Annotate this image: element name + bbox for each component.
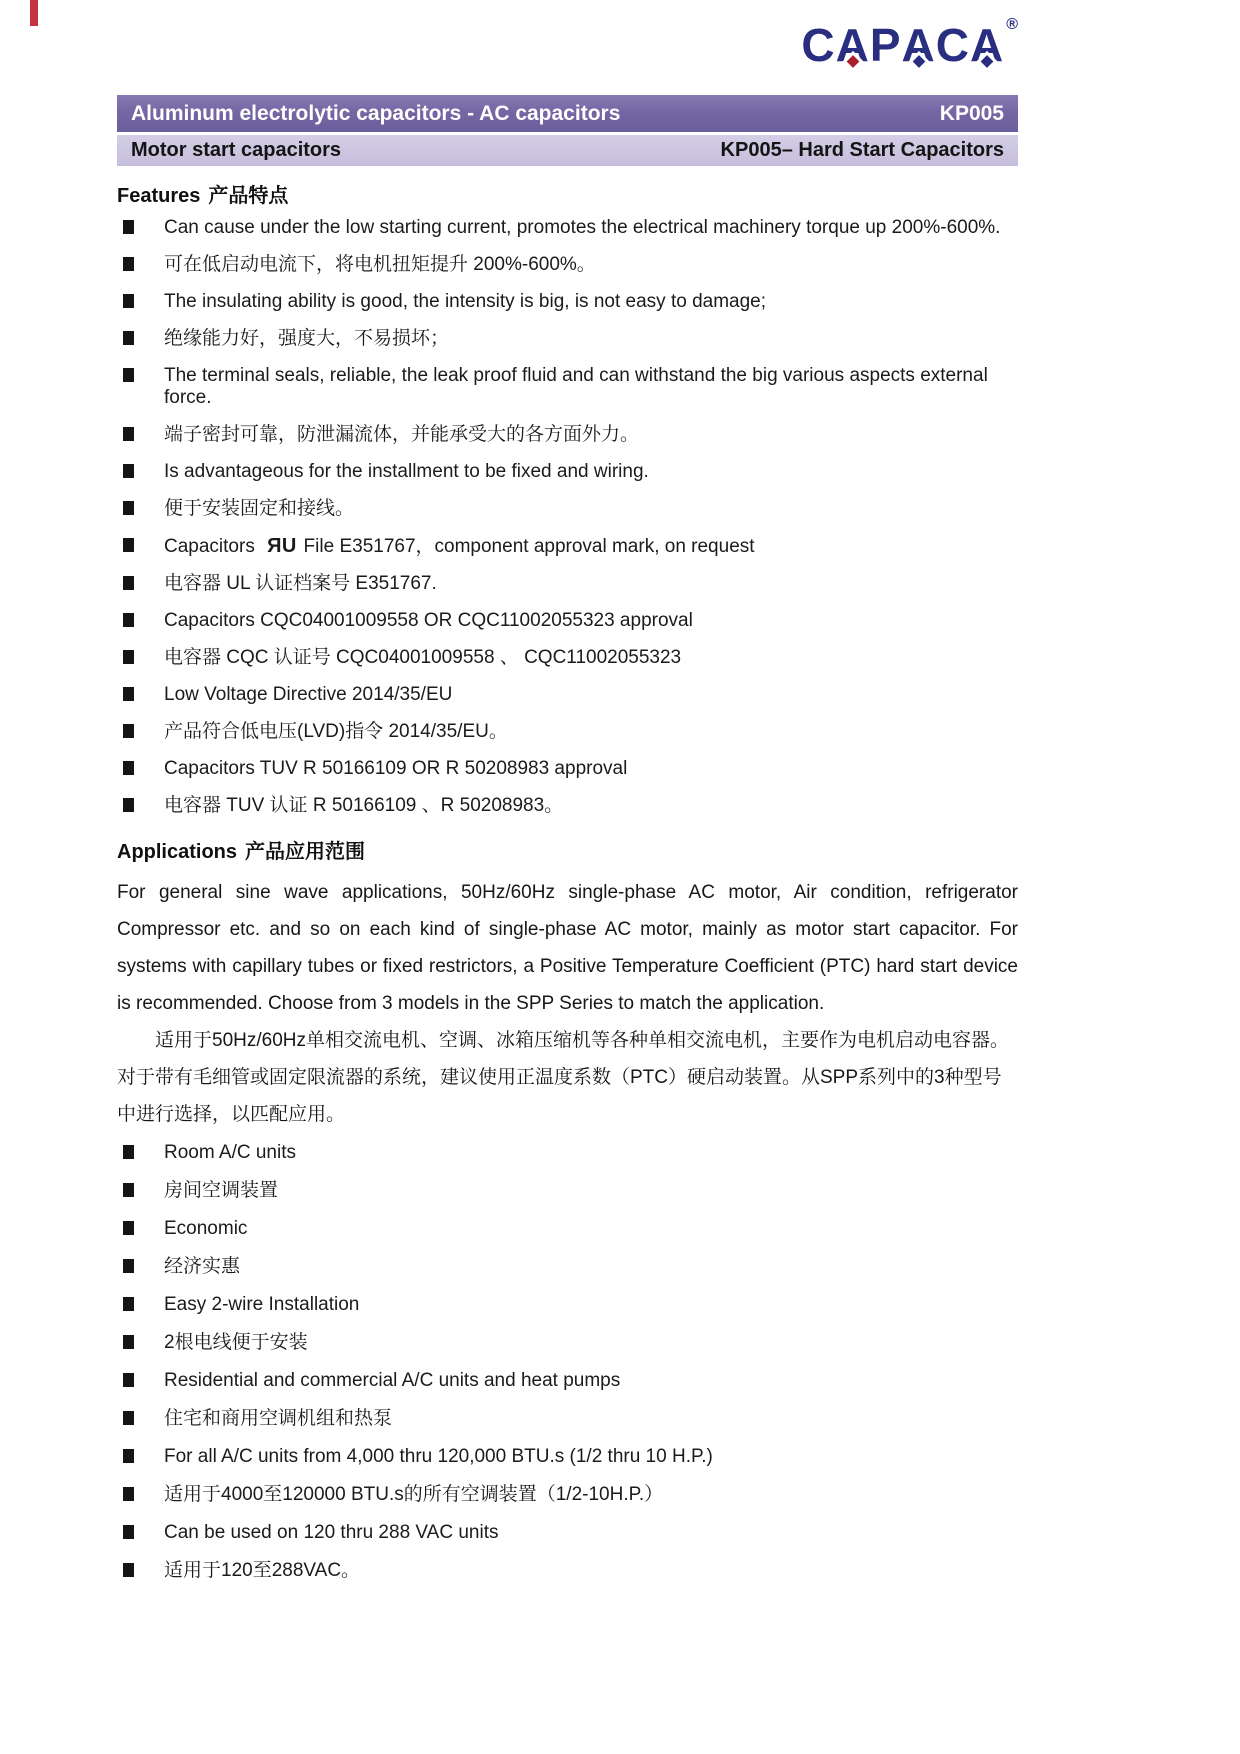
application-item: Can be used on 120 thru 288 VAC units — [117, 1522, 1018, 1544]
application-item: Room A/C units — [117, 1142, 1018, 1164]
list-item-text: 电容器 UL 认证档案号 E351767. — [164, 573, 1018, 595]
application-item: 住宅和商用空调机组和热泵 — [117, 1408, 1018, 1430]
bullet-square-icon — [123, 1411, 134, 1425]
list-item-text: 适用于4000至120000 BTU.s的所有空调装置（1/2-10H.P.） — [164, 1484, 1018, 1506]
applications-list: Room A/C units房间空调装置Economic经济实惠Easy 2-w… — [117, 1142, 1018, 1582]
logo-blue-diamond-icon — [912, 55, 925, 68]
bullet-square-icon — [123, 1297, 134, 1311]
list-item-text: 产品符合低电压(LVD)指令 2014/35/EU。 — [164, 721, 1018, 743]
list-item-text: 住宅和商用空调机组和热泵 — [164, 1408, 1018, 1430]
subtitle-bar: Motor start capacitors KP005– Hard Start… — [117, 135, 1018, 166]
title-bar-part-number: KP005 — [940, 102, 1004, 126]
applications-heading-zh: 产品应用范围 — [245, 841, 365, 863]
list-item-text: The terminal seals, reliable, the leak p… — [164, 365, 1018, 409]
brand-logo-text: CAPACA — [801, 19, 1004, 71]
bullet-square-icon — [123, 464, 134, 478]
application-item: Easy 2-wire Installation — [117, 1294, 1018, 1316]
ul-recognized-component-mark-icon: RU — [268, 535, 295, 557]
bullet-square-icon — [123, 538, 134, 552]
subtitle-bar-left: Motor start capacitors — [131, 139, 341, 162]
bullet-square-icon — [123, 1487, 134, 1501]
application-item: Residential and commercial A/C units and… — [117, 1370, 1018, 1392]
title-bar: Aluminum electrolytic capacitors - AC ca… — [117, 95, 1018, 132]
application-item: 适用于120至288VAC。 — [117, 1560, 1018, 1582]
bullet-square-icon — [123, 257, 134, 271]
datasheet-page: CAPACA® Aluminum electrolytic capacitors… — [0, 0, 1240, 1754]
feature-item: 电容器 UL 认证档案号 E351767. — [117, 573, 1018, 595]
feature-item: 绝缘能力好，强度大，不易损坏； — [117, 328, 1018, 350]
feature-item: 产品符合低电压(LVD)指令 2014/35/EU。 — [117, 721, 1018, 743]
applications-heading-en: Applications — [117, 841, 237, 863]
registered-trademark-icon: ® — [1006, 16, 1018, 33]
bullet-square-icon — [123, 687, 134, 701]
list-item-text: Room A/C units — [164, 1142, 1018, 1164]
subtitle-bar-right: KP005– Hard Start Capacitors — [721, 139, 1004, 162]
logo-red-diamond-icon — [846, 55, 859, 68]
application-item: 适用于4000至120000 BTU.s的所有空调装置（1/2-10H.P.） — [117, 1484, 1018, 1506]
feature-item: 便于安装固定和接线。 — [117, 498, 1018, 520]
logo-letter: A — [970, 18, 1004, 72]
feature-item: 端子密封可靠，防泄漏流体，并能承受大的各方面外力。 — [117, 424, 1018, 446]
list-item-text: Can be used on 120 thru 288 VAC units — [164, 1522, 1018, 1544]
bullet-square-icon — [123, 331, 134, 345]
application-item: Economic — [117, 1218, 1018, 1240]
bullet-square-icon — [123, 1525, 134, 1539]
feature-item: 可在低启动电流下，将电机扭矩提升 200%-600%。 — [117, 254, 1018, 276]
feature-item: Low Voltage Directive 2014/35/EU — [117, 684, 1018, 706]
feature-item: Capacitors CQC04001009558 OR CQC11002055… — [117, 610, 1018, 632]
list-item-text: Residential and commercial A/C units and… — [164, 1370, 1018, 1392]
list-item-text: 端子密封可靠，防泄漏流体，并能承受大的各方面外力。 — [164, 424, 1018, 446]
logo-letter: C — [801, 18, 835, 72]
page-content: Aluminum electrolytic capacitors - AC ca… — [0, 0, 1240, 1582]
brand-logo: CAPACA® — [801, 18, 1018, 72]
list-item-text: 2根电线便于安装 — [164, 1332, 1018, 1354]
feature-item: 电容器 CQC 认证号 CQC04001009558 、 CQC11002055… — [117, 647, 1018, 669]
application-item: 经济实惠 — [117, 1256, 1018, 1278]
logo-letter: C — [936, 18, 970, 72]
list-item-text: Capacitors RU File E351767，component app… — [164, 535, 1018, 558]
logo-blue-diamond-icon — [981, 55, 994, 68]
bullet-square-icon — [123, 724, 134, 738]
list-item-text: 房间空调装置 — [164, 1180, 1018, 1202]
feature-item: 电容器 TUV 认证 R 50166109 、R 50208983。 — [117, 795, 1018, 817]
application-item: For all A/C units from 4,000 thru 120,00… — [117, 1446, 1018, 1468]
feature-item: The insulating ability is good, the inte… — [117, 291, 1018, 313]
feature-item: Capacitors TUV R 50166109 OR R 50208983 … — [117, 758, 1018, 780]
list-item-text: Economic — [164, 1218, 1018, 1240]
list-item-text: 电容器 TUV 认证 R 50166109 、R 50208983。 — [164, 795, 1018, 817]
list-item-text: 可在低启动电流下，将电机扭矩提升 200%-600%。 — [164, 254, 1018, 276]
application-item: 2根电线便于安装 — [117, 1332, 1018, 1354]
feature-item: Can cause under the low starting current… — [117, 217, 1018, 239]
list-item-text: 电容器 CQC 认证号 CQC04001009558 、 CQC11002055… — [164, 647, 1018, 669]
features-heading-zh: 产品特点 — [208, 185, 288, 207]
logo-letter: A — [836, 18, 870, 72]
bullet-square-icon — [123, 1259, 134, 1273]
list-item-text: For all A/C units from 4,000 thru 120,00… — [164, 1446, 1018, 1468]
list-item-text: Capacitors TUV R 50166109 OR R 50208983 … — [164, 758, 1018, 780]
bullet-square-icon — [123, 1563, 134, 1577]
application-item: 房间空调装置 — [117, 1180, 1018, 1202]
bullet-square-icon — [123, 1335, 134, 1349]
feature-item: Capacitors RU File E351767，component app… — [117, 535, 1018, 558]
title-bar-left: Aluminum electrolytic capacitors - AC ca… — [131, 102, 620, 126]
features-heading-en: Features — [117, 185, 200, 207]
bullet-square-icon — [123, 294, 134, 308]
logo-letter: A — [902, 18, 936, 72]
logo-letter: P — [870, 18, 902, 72]
applications-paragraph-en: For general sine wave applications, 50Hz… — [117, 874, 1018, 1022]
bullet-square-icon — [123, 1449, 134, 1463]
list-item-text: 便于安装固定和接线。 — [164, 498, 1018, 520]
feature-item: Is advantageous for the installment to b… — [117, 461, 1018, 483]
list-item-text: Capacitors CQC04001009558 OR CQC11002055… — [164, 610, 1018, 632]
bullet-square-icon — [123, 1373, 134, 1387]
applications-paragraph-zh: 适用于50Hz/60Hz单相交流电机、空调、冰箱压缩机等各种单相交流电机，主要作… — [117, 1022, 1018, 1133]
list-item-text: Easy 2-wire Installation — [164, 1294, 1018, 1316]
list-item-text: 经济实惠 — [164, 1256, 1018, 1278]
applications-heading: Applications产品应用范围 — [117, 835, 1018, 864]
bullet-square-icon — [123, 501, 134, 515]
list-item-text: Low Voltage Directive 2014/35/EU — [164, 684, 1018, 706]
bullet-square-icon — [123, 798, 134, 812]
bullet-square-icon — [123, 427, 134, 441]
bullet-square-icon — [123, 220, 134, 234]
bullet-square-icon — [123, 613, 134, 627]
features-heading: Features产品特点 — [117, 179, 1018, 208]
feature-item: The terminal seals, reliable, the leak p… — [117, 365, 1018, 409]
bullet-square-icon — [123, 1183, 134, 1197]
red-edge-mark — [30, 0, 38, 26]
list-item-text: 绝缘能力好，强度大，不易损坏； — [164, 328, 1018, 350]
list-item-text: 适用于120至288VAC。 — [164, 1560, 1018, 1582]
bullet-square-icon — [123, 368, 134, 382]
bullet-square-icon — [123, 650, 134, 664]
bullet-square-icon — [123, 1145, 134, 1159]
bullet-square-icon — [123, 576, 134, 590]
bullet-square-icon — [123, 1221, 134, 1235]
bullet-square-icon — [123, 761, 134, 775]
list-item-text: The insulating ability is good, the inte… — [164, 291, 1018, 313]
features-list: Can cause under the low starting current… — [117, 217, 1018, 817]
list-item-text: Can cause under the low starting current… — [164, 217, 1018, 239]
list-item-text: Is advantageous for the installment to b… — [164, 461, 1018, 483]
